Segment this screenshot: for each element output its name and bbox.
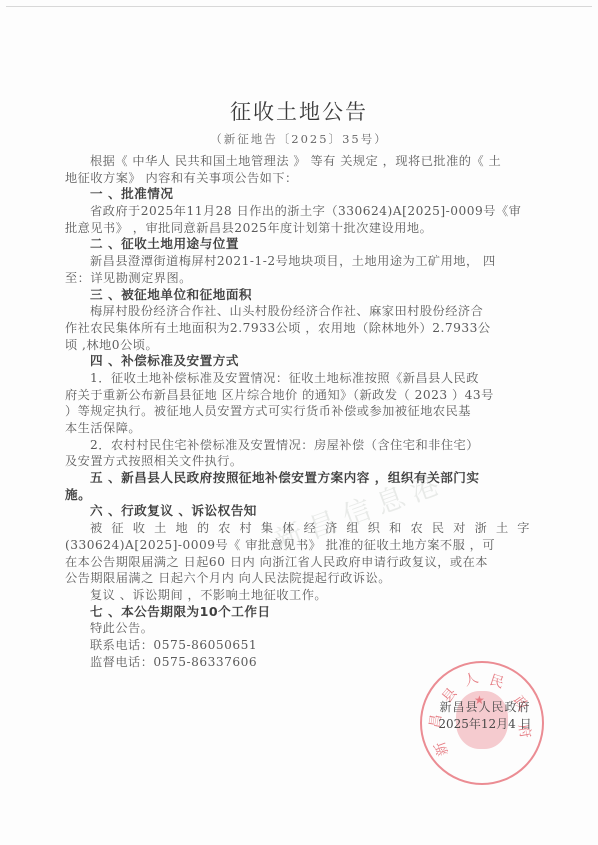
seal-ring-char: 民 [487, 669, 506, 692]
paragraph-line: ）等规定执行。被征地人员安置方式可实行货币补偿或参加被征地农民基 [65, 403, 532, 420]
paragraph-line: 梅屏村股份经济合作社、山头村股份经济合作社、麻家田村股份经济合 [67, 303, 532, 320]
paragraph-line: 在本公告期限届满之 日起60 日内 向浙江省人民政府申请行政复议，或在本 [65, 554, 532, 571]
issuer-signature: 新昌县人民政府 [430, 698, 540, 715]
paragraph-line: 新昌县澄潭街道梅屏村2021-1-2号地块项目，土地用途为工矿用地， 四 [67, 253, 532, 270]
paragraph-line: 作社农民集体所有土地面积为2.7933公顷 ，农用地（除林地外）2.7933公 [65, 320, 532, 337]
paragraph-line: 顷 ,林地0公顷。 [65, 337, 532, 354]
section-heading-implementation: 五 、新昌县人民政府按照征地补偿安置方案内容 ，组织有关部门实 [67, 470, 532, 487]
document-page: 新昌信息港 征收土地公告 （新征地告〔2025〕35号） 根据《 中华人 民共和… [0, 0, 598, 845]
paragraph-line: 复议 、诉讼期间 ，不影响土地征收工作。 [67, 587, 532, 604]
seal-ring-char: 人 [461, 667, 480, 690]
section-heading-legal-rights: 六 、行政复议 、诉讼权告知 [67, 503, 532, 520]
scan-edge-line [6, 6, 592, 7]
document-number: （新征地告〔2025〕35号） [0, 131, 598, 147]
intro-line: 根据《 中华人 民共和国土地管理法 》 等有 关规定 ，现将已批准的《 土 [67, 153, 532, 170]
intro-line: 地征收方案》 内容和有关事项公告如下： [65, 170, 532, 187]
paragraph-line: 及安置方式按照相关文件执行。 [65, 453, 532, 470]
paragraph-line: 省政府于2025年11月28 日作出的浙土字（330624)A[2025]-00… [67, 203, 532, 220]
paragraph-line: 被征收土地的农村集体经济组织和农民对浙土字 [67, 520, 530, 537]
section-heading-implementation-cont: 施。 [65, 487, 532, 504]
paragraph-line: 本生活保障。 [65, 420, 532, 437]
page-title: 征收土地公告 [0, 96, 598, 126]
paragraph-line: 批意见书》 ，审批同意新昌县2025年度计划第十批次建设用地。 [65, 220, 532, 237]
seal-ring-char: 新 [429, 739, 453, 759]
paragraph-line: 公告期限届满之 日起六个月内 向人民法院提起行政诉讼。 [65, 570, 532, 587]
closing-line: 特此公告。 [67, 620, 532, 637]
issue-date: 2025年12月4 日 [430, 715, 540, 732]
section-heading-approval: 一 、批准情况 [67, 186, 532, 203]
section-heading-units-area: 三 、被征地单位和征地面积 [67, 287, 532, 304]
section-heading-land-use: 二 、征收土地用途与位置 [67, 236, 532, 253]
paragraph-line: 2．农村村民住宅补偿标准及安置情况：房屋补偿（含住宅和非住宅） [67, 437, 532, 454]
paragraph-line: 至：详见勘测定界图。 [65, 270, 532, 287]
paragraph-line: 1．征收土地补偿标准及安置情况：征收土地标准按照《新昌县人民政 [67, 370, 532, 387]
document-body: 根据《 中华人 民共和国土地管理法 》 等有 关规定 ，现将已批准的《 土 地征… [67, 153, 532, 670]
section-heading-compensation: 四 、补偿标准及安置方式 [67, 353, 532, 370]
paragraph-line: (330624)A[2025]-0009号《 审批意见书》 批准的征收土地方案不… [65, 537, 532, 554]
contact-phone: 联系电话：0575-86050651 [67, 637, 532, 654]
paragraph-line: 府关于重新公布新昌县征地 区片综合地价 的通知》（新政发（ 2023 ）43号 [65, 387, 532, 404]
section-heading-period: 七 、本公告期限为10个工作日 [67, 604, 532, 621]
